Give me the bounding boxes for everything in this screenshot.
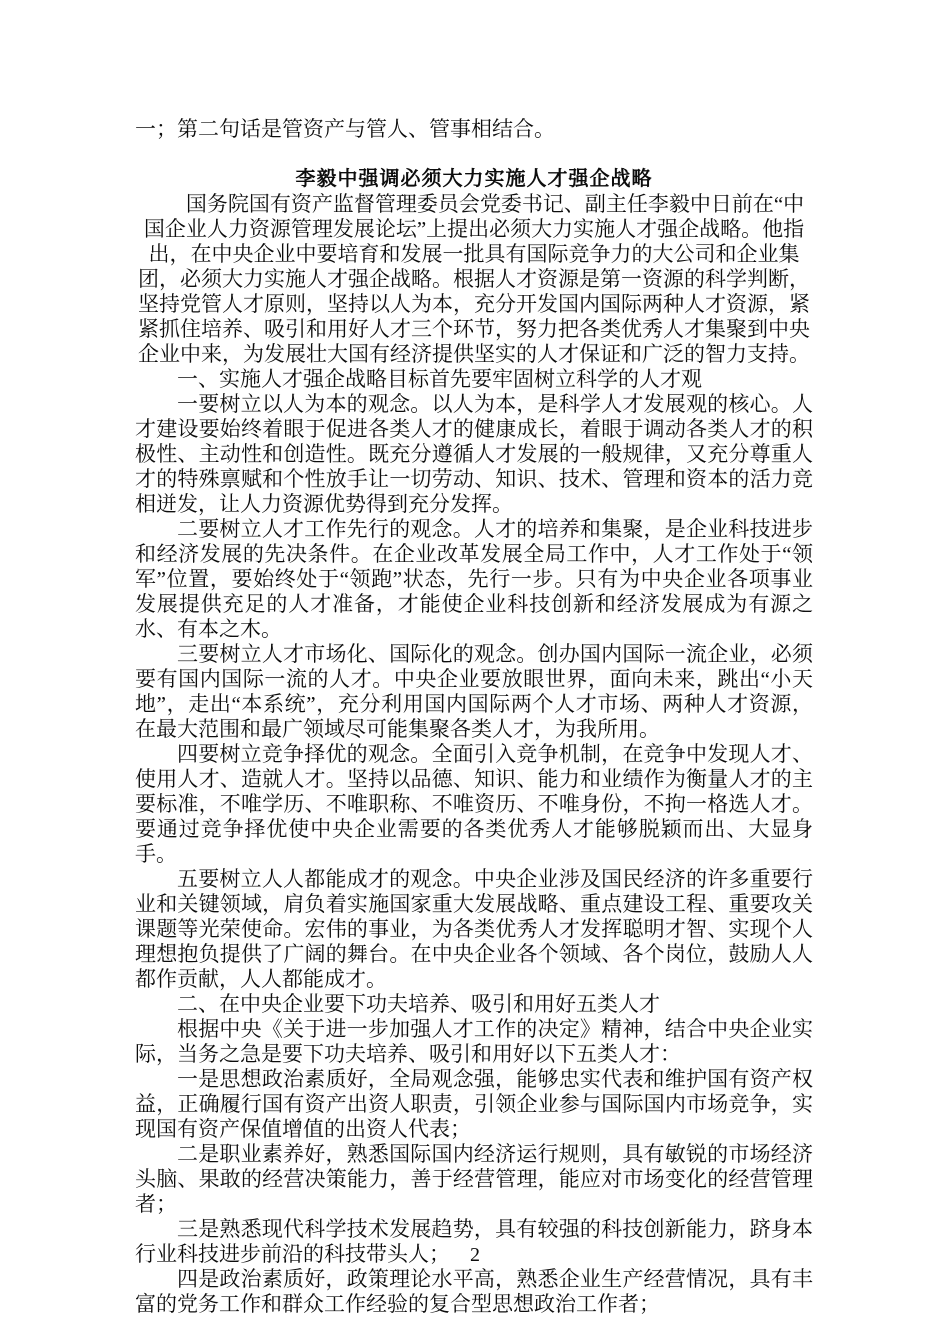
document-body: 一；第二句话是管资产与管人、管事相结合。 李毅中强调必须大力实施人才强企战略 国…: [135, 117, 813, 1317]
section-heading-2: 二、在中央企业要下功夫培养、吸引和用好五类人才: [135, 992, 813, 1017]
lead-paragraph: 国务院国有资产监督管理委员会党委书记、副主任李毅中日前在“中国企业人力资源管理发…: [135, 192, 813, 367]
paragraph-talent-type-1: 一是思想政治素质好，全局观念强，能够忠实代表和维护国有资产权益，正确履行国有资产…: [135, 1067, 813, 1142]
page-number: 2: [0, 1243, 950, 1268]
paragraph-basis: 根据中央《关于进一步加强人才工作的决定》精神，结合中央企业实际，当务之急是要下功…: [135, 1017, 813, 1067]
paragraph-third-concept: 三要树立人才市场化、国际化的观念。创办国内国际一流企业，必须要有国内国际一流的人…: [135, 642, 813, 742]
document-title: 李毅中强调必须大力实施人才强企战略: [135, 167, 813, 192]
blank-line-spacer: [135, 142, 813, 167]
intro-line: 一；第二句话是管资产与管人、管事相结合。: [135, 117, 813, 142]
document-page: 一；第二句话是管资产与管人、管事相结合。 李毅中强调必须大力实施人才强企战略 国…: [0, 0, 950, 1344]
paragraph-fourth-concept: 四要树立竞争择优的观念。全面引入竞争机制，在竞争中发现人才、使用人才、造就人才。…: [135, 742, 813, 867]
paragraph-second-concept: 二要树立人才工作先行的观念。人才的培养和集聚，是企业科技进步和经济发展的先决条件…: [135, 517, 813, 642]
paragraph-first-concept: 一要树立以人为本的观念。以人为本，是科学人才发展观的核心。人才建设要始终着眼于促…: [135, 392, 813, 517]
paragraph-talent-type-4: 四是政治素质好，政策理论水平高，熟悉企业生产经营情况，具有丰富的党务工作和群众工…: [135, 1267, 813, 1317]
paragraph-fifth-concept: 五要树立人人都能成才的观念。中央企业涉及国民经济的许多重要行业和关键领域，肩负着…: [135, 867, 813, 992]
paragraph-talent-type-2: 二是职业素养好，熟悉国际国内经济运行规则，具有敏锐的市场经济头脑、果敢的经营决策…: [135, 1142, 813, 1217]
section-heading-1: 一、实施人才强企战略目标首先要牢固树立科学的人才观: [135, 367, 813, 392]
